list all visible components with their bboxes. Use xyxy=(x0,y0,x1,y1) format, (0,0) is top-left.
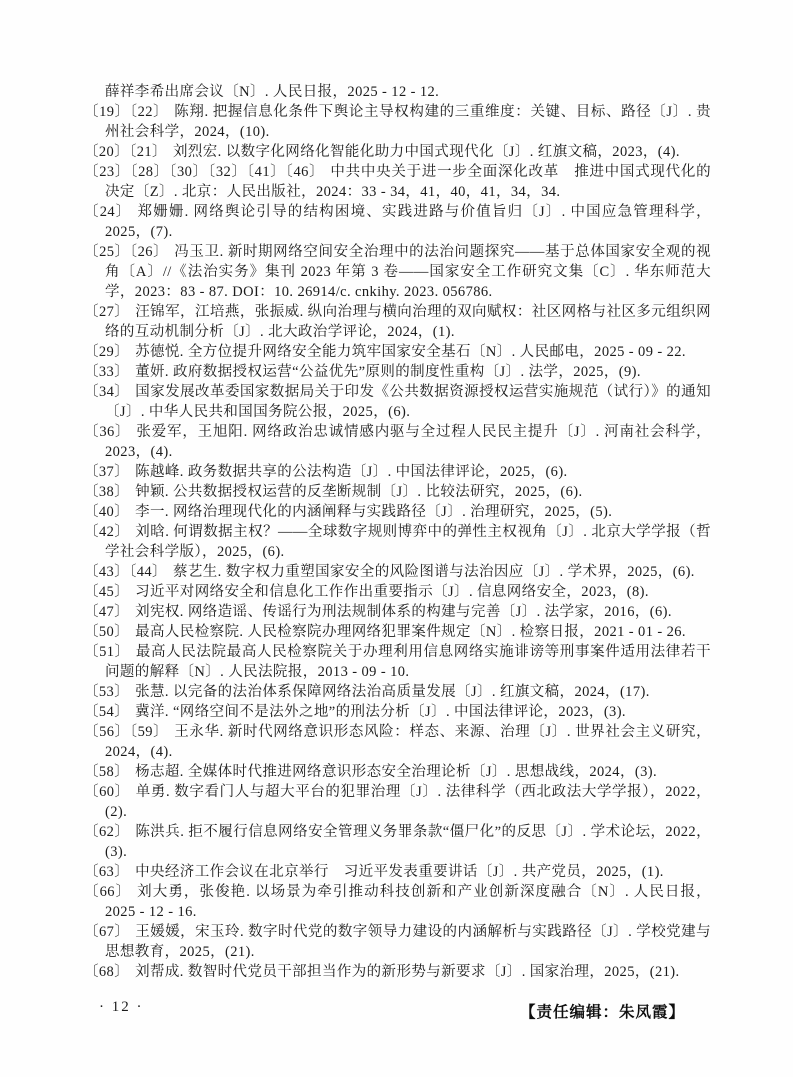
reference-text: 薛祥李希出席会议〔N〕. 人民日报，2025 - 12 - 12. xyxy=(105,84,439,100)
reference-label: 〔67〕 xyxy=(84,924,129,940)
reference-label: 〔53〕 xyxy=(84,684,129,700)
reference-item: 〔40〕李一. 网络治理现代化的内涵阐释与实践路径〔J〕. 治理研究，2025，… xyxy=(84,502,711,522)
reference-item: 〔33〕董妍. 政府数据授权运营“公益优先”原则的制度性重构〔J〕. 法学，20… xyxy=(84,362,711,382)
reference-text: 郑姗姗. 网络舆论引导的结构困境、实践进路与价值旨归〔J〕. 中国应急管理科学，… xyxy=(105,204,711,240)
reference-item: 〔29〕苏德悦. 全方位提升网络安全能力筑牢国家安全基石〔N〕. 人民邮电，20… xyxy=(84,342,711,362)
reference-item: 〔19〕〔22〕陈翔. 把握信息化条件下舆论主导权构建的三重维度：关键、目标、路… xyxy=(84,102,711,142)
reference-item: 〔37〕陈越峰. 政务数据共享的公法构造〔J〕. 中国法律评论，2025，(6)… xyxy=(84,462,711,482)
reference-text: 张慧. 以完备的法治体系保障网络法治高质量发展〔J〕. 红旗文稿，2024，(1… xyxy=(135,684,650,700)
reference-text: 单勇. 数字看门人与超大平台的犯罪治理〔J〕. 法律科学（西北政法大学学报），2… xyxy=(105,784,711,820)
reference-label: 〔58〕 xyxy=(84,764,129,780)
reference-item: 薛祥李希出席会议〔N〕. 人民日报，2025 - 12 - 12. xyxy=(84,82,711,102)
reference-item: 〔42〕刘晗. 何谓数据主权？——全球数字规则博弈中的弹性主权视角〔J〕. 北京… xyxy=(84,522,711,562)
reference-item: 〔62〕陈洪兵. 拒不履行信息网络安全管理义务罪条款“僵尸化”的反思〔J〕. 学… xyxy=(84,822,711,862)
reference-label: 〔38〕 xyxy=(84,484,129,500)
reference-label: 〔51〕 xyxy=(84,644,130,660)
reference-text: 中央经济工作会议在北京举行 习近平发表重要讲话〔J〕. 共产党员，2025，(1… xyxy=(135,864,664,880)
editor-credit: 【责任编辑：朱凤霞】 xyxy=(84,1000,711,1022)
reference-item: 〔25〕〔26〕冯玉卫. 新时期网络空间安全治理中的法治问题探究——基于总体国家… xyxy=(84,242,711,302)
reference-item: 〔45〕习近平对网络安全和信息化工作作出重要指示〔J〕. 信息网络安全，2023… xyxy=(84,582,711,602)
reference-item: 〔50〕最高人民检察院. 人民检察院办理网络犯罪案件规定〔N〕. 检察日报，20… xyxy=(84,622,711,642)
reference-item: 〔34〕国家发展改革委国家数据局关于印发《公共数据资源授权运营实施规范（试行）》… xyxy=(84,382,711,422)
reference-label: 〔62〕 xyxy=(84,824,129,840)
reference-item: 〔66〕刘大勇，张俊艳. 以场景为牵引推动科技创新和产业创新深度融合〔N〕. 人… xyxy=(84,882,711,922)
reference-text: 最高人民检察院. 人民检察院办理网络犯罪案件规定〔N〕. 检察日报，2021 -… xyxy=(135,624,686,640)
reference-label: 〔33〕 xyxy=(84,364,129,380)
reference-label: 〔24〕 xyxy=(84,204,132,220)
reference-item: 〔68〕刘帮成. 数智时代党员干部担当作为的新形势与新要求〔J〕. 国家治理，2… xyxy=(84,962,711,982)
reference-label: 〔42〕 xyxy=(84,524,129,540)
reference-text: 董妍. 政府数据授权运营“公益优先”原则的制度性重构〔J〕. 法学，2025，(… xyxy=(135,364,641,380)
reference-label: 〔29〕 xyxy=(84,344,129,360)
reference-item: 〔36〕张爱军，王旭阳. 网络政治忠诚情感内驱与全过程人民民主提升〔J〕. 河南… xyxy=(84,422,711,462)
reference-text: 刘宪权. 网络造谣、传谣行为刑法规制体系的构建与完善〔J〕. 法学家，2016，… xyxy=(135,604,672,620)
reference-text: 汪锦军，江培燕，张振威. 纵向治理与横向治理的双向赋权：社区网格与社区多元组织网… xyxy=(105,304,711,340)
reference-label: 〔63〕 xyxy=(84,864,129,880)
reference-text: 冯玉卫. 新时期网络空间安全治理中的法治问题探究——基于总体国家安全观的视角〔A… xyxy=(105,244,711,300)
reference-text: 李一. 网络治理现代化的内涵阐释与实践路径〔J〕. 治理研究，2025，(5). xyxy=(135,504,612,520)
reference-item: 〔54〕冀洋. “网络空间不是法外之地”的刑法分析〔J〕. 中国法律评论，202… xyxy=(84,702,711,722)
reference-label: 〔50〕 xyxy=(84,624,129,640)
reference-text: 王永华. 新时代网络意识形态风险：样态、来源、治理〔J〕. 世界社会主义研究，2… xyxy=(105,724,711,760)
reference-text: 张爱军，王旭阳. 网络政治忠诚情感内驱与全过程人民民主提升〔J〕. 河南社会科学… xyxy=(105,424,711,460)
reference-text: 钟颖. 公共数据授权运营的反垄断规制〔J〕. 比较法研究，2025，(6). xyxy=(135,484,582,500)
reference-item: 〔56〕〔59〕王永华. 新时代网络意识形态风险：样态、来源、治理〔J〕. 世界… xyxy=(84,722,711,762)
reference-label: 〔25〕〔26〕 xyxy=(84,244,168,260)
reference-label: 〔68〕 xyxy=(84,964,129,980)
reference-label: 〔45〕 xyxy=(84,584,129,600)
reference-label: 〔37〕 xyxy=(84,464,129,480)
reference-list: 薛祥李希出席会议〔N〕. 人民日报，2025 - 12 - 12.〔19〕〔22… xyxy=(84,82,711,982)
reference-text: 刘晗. 何谓数据主权？——全球数字规则博弈中的弹性主权视角〔J〕. 北京大学学报… xyxy=(105,524,711,560)
reference-label: 〔60〕 xyxy=(84,784,130,800)
reference-label: 〔27〕 xyxy=(84,304,129,320)
page-content: 薛祥李希出席会议〔N〕. 人民日报，2025 - 12 - 12.〔19〕〔22… xyxy=(84,82,711,1022)
reference-label: 〔20〕〔21〕 xyxy=(84,144,167,160)
reference-text: 刘帮成. 数智时代党员干部担当作为的新形势与新要求〔J〕. 国家治理，2025，… xyxy=(135,964,679,980)
reference-item: 〔51〕最高人民法院最高人民检察院关于办理利用信息网络实施诽谤等刑事案件适用法律… xyxy=(84,642,711,682)
reference-text: 冀洋. “网络空间不是法外之地”的刑法分析〔J〕. 中国法律评论，2023，(3… xyxy=(135,704,626,720)
reference-text: 陈翔. 把握信息化条件下舆论主导权构建的三重维度：关键、目标、路径〔J〕. 贵州… xyxy=(105,104,711,140)
reference-text: 王媛媛，宋玉玲. 数字时代党的数字领导力建设的内涵解析与实践路径〔J〕. 学校党… xyxy=(105,924,711,960)
reference-item: 〔24〕郑姗姗. 网络舆论引导的结构困境、实践进路与价值旨归〔J〕. 中国应急管… xyxy=(84,202,711,242)
reference-item: 〔43〕〔44〕蔡艺生. 数字权力重塑国家安全的风险图谱与法治因应〔J〕. 学术… xyxy=(84,562,711,582)
reference-item: 〔38〕钟颖. 公共数据授权运营的反垄断规制〔J〕. 比较法研究，2025，(6… xyxy=(84,482,711,502)
reference-label: 〔56〕〔59〕 xyxy=(84,724,168,740)
reference-text: 最高人民法院最高人民检察院关于办理利用信息网络实施诽谤等刑事案件适用法律若干问题… xyxy=(105,644,711,680)
document-page: 薛祥李希出席会议〔N〕. 人民日报，2025 - 12 - 12.〔19〕〔22… xyxy=(0,0,793,1077)
reference-label: 〔43〕〔44〕 xyxy=(84,564,167,580)
reference-label: 〔47〕 xyxy=(84,604,129,620)
reference-item: 〔63〕中央经济工作会议在北京举行 习近平发表重要讲话〔J〕. 共产党员，202… xyxy=(84,862,711,882)
reference-item: 〔53〕张慧. 以完备的法治体系保障网络法治高质量发展〔J〕. 红旗文稿，202… xyxy=(84,682,711,702)
reference-label: 〔19〕〔22〕 xyxy=(84,104,168,120)
reference-text: 杨志超. 全媒体时代推进网络意识形态安全治理论析〔J〕. 思想战线，2024，(… xyxy=(135,764,657,780)
reference-item: 〔27〕汪锦军，江培燕，张振威. 纵向治理与横向治理的双向赋权：社区网格与社区多… xyxy=(84,302,711,342)
reference-label: 〔66〕 xyxy=(84,884,131,900)
reference-item: 〔20〕〔21〕刘烈宏. 以数字化网络化智能化助力中国式现代化〔J〕. 红旗文稿… xyxy=(84,142,711,162)
reference-text: 刘大勇，张俊艳. 以场景为牵引推动科技创新和产业创新深度融合〔N〕. 人民日报，… xyxy=(105,884,711,920)
reference-text: 习近平对网络安全和信息化工作作出重要指示〔J〕. 信息网络安全，2023，(8)… xyxy=(135,584,649,600)
reference-text: 刘烈宏. 以数字化网络化智能化助力中国式现代化〔J〕. 红旗文稿，2023，(4… xyxy=(173,144,680,160)
reference-label: 〔36〕 xyxy=(84,424,130,440)
reference-label: 〔23〕〔28〕〔30〕〔32〕〔41〕〔46〕 xyxy=(84,164,324,180)
reference-text: 苏德悦. 全方位提升网络安全能力筑牢国家安全基石〔N〕. 人民邮电，2025 -… xyxy=(135,344,686,360)
reference-label: 〔34〕 xyxy=(84,384,129,400)
reference-text: 国家发展改革委国家数据局关于印发《公共数据资源授权运营实施规范（试行）》的通知〔… xyxy=(105,384,711,420)
page-number: · 12 · xyxy=(99,999,144,1016)
reference-text: 陈越峰. 政务数据共享的公法构造〔J〕. 中国法律评论，2025，(6). xyxy=(135,464,567,480)
reference-item: 〔47〕刘宪权. 网络造谣、传谣行为刑法规制体系的构建与完善〔J〕. 法学家，2… xyxy=(84,602,711,622)
reference-label: 〔40〕 xyxy=(84,504,129,520)
reference-text: 蔡艺生. 数字权力重塑国家安全的风险图谱与法治因应〔J〕. 学术界，2025，(… xyxy=(173,564,695,580)
reference-label: 〔54〕 xyxy=(84,704,129,720)
reference-item: 〔60〕单勇. 数字看门人与超大平台的犯罪治理〔J〕. 法律科学（西北政法大学学… xyxy=(84,782,711,822)
reference-item: 〔23〕〔28〕〔30〕〔32〕〔41〕〔46〕中共中央关于进一步全面深化改革 … xyxy=(84,162,711,202)
reference-text: 陈洪兵. 拒不履行信息网络安全管理义务罪条款“僵尸化”的反思〔J〕. 学术论坛，… xyxy=(105,824,711,860)
reference-item: 〔67〕王媛媛，宋玉玲. 数字时代党的数字领导力建设的内涵解析与实践路径〔J〕.… xyxy=(84,922,711,962)
reference-item: 〔58〕杨志超. 全媒体时代推进网络意识形态安全治理论析〔J〕. 思想战线，20… xyxy=(84,762,711,782)
